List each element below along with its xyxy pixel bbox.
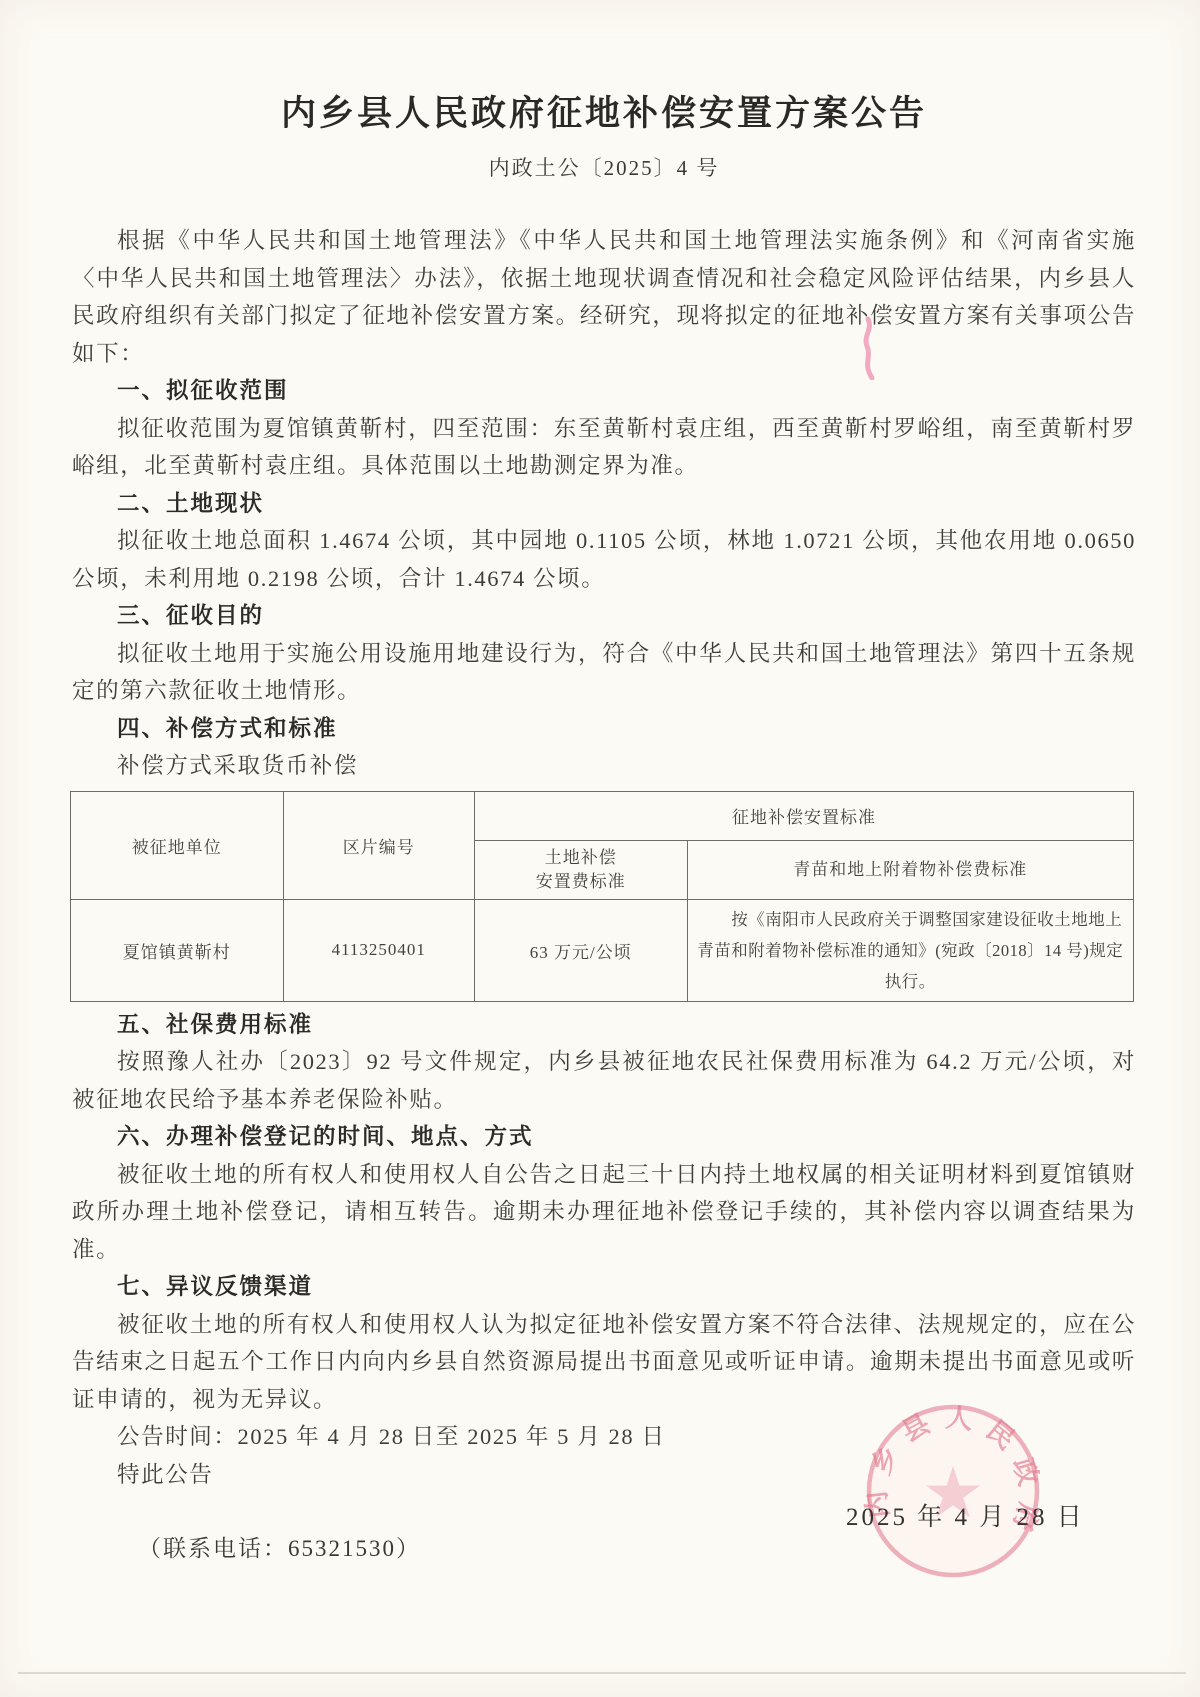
cell-unit: 夏馆镇黄靳村 bbox=[71, 899, 284, 1001]
col-header-standard-group: 征地补偿安置标准 bbox=[474, 791, 1133, 840]
section-1-heading: 一、拟征收范围 bbox=[72, 372, 1136, 410]
page-title: 内乡县人民政府征地补偿安置方案公告 bbox=[72, 86, 1136, 136]
issue-date: 2025 年 4 月 28 日 bbox=[846, 1497, 1085, 1533]
section-4-heading: 四、补偿方式和标准 bbox=[72, 710, 1136, 748]
table-row: 夏馆镇黄靳村 4113250401 63 万元/公顷 按《南阳市人民政府关于调整… bbox=[71, 899, 1134, 1001]
section-3-body: 拟征收土地用于实施公用设施用地建设行为，符合《中华人民共和国土地管理法》第四十五… bbox=[72, 635, 1136, 710]
announcement-page: 内乡县人民政府征地补偿安置方案公告 内政土公〔2025〕4 号 根据《中华人民共… bbox=[0, 0, 1200, 1697]
col-header-unit: 被征地单位 bbox=[71, 791, 284, 899]
section-2-body: 拟征收土地总面积 1.4674 公顷，其中园地 0.1105 公顷，林地 1.0… bbox=[72, 522, 1136, 597]
red-pen-mark-icon bbox=[856, 316, 882, 380]
cell-land-standard: 63 万元/公顷 bbox=[474, 899, 687, 1001]
intro-paragraph: 根据《中华人民共和国土地管理法》《中华人民共和国土地管理法实施条例》和《河南省实… bbox=[72, 222, 1136, 372]
compensation-table: 被征地单位 区片编号 征地补偿安置标准 土地补偿 安置费标准 青苗和地上附着物补… bbox=[70, 791, 1134, 1002]
col-header-land-line1: 土地补偿 bbox=[545, 848, 617, 867]
col-header-block: 区片编号 bbox=[283, 791, 474, 899]
cell-block-number: 4113250401 bbox=[283, 899, 474, 1001]
section-5-body: 按照豫人社办〔2023〕92 号文件规定，内乡县被征地农民社保费用标准为 64.… bbox=[72, 1043, 1136, 1118]
contact-phone: （联系电话：65321530） bbox=[138, 1530, 421, 1563]
section-6-body: 被征收土地的所有权人和使用权人自公告之日起三十日内持土地权属的相关证明材料到夏馆… bbox=[72, 1156, 1136, 1269]
section-2-heading: 二、土地现状 bbox=[72, 485, 1136, 523]
col-header-land-standard: 土地补偿 安置费标准 bbox=[474, 840, 687, 899]
document-content: 内乡县人民政府征地补偿安置方案公告 内政土公〔2025〕4 号 根据《中华人民共… bbox=[0, 0, 1200, 1493]
section-5-heading: 五、社保费用标准 bbox=[72, 1006, 1136, 1044]
col-header-land-line2: 安置费标准 bbox=[536, 872, 626, 891]
table-header-row-1: 被征地单位 区片编号 征地补偿安置标准 bbox=[71, 791, 1134, 840]
section-6-heading: 六、办理补偿登记的时间、地点、方式 bbox=[72, 1118, 1136, 1156]
section-3-heading: 三、征收目的 bbox=[72, 597, 1136, 635]
section-4-body: 补偿方式采取货币补偿 bbox=[72, 747, 1136, 785]
document-number: 内政土公〔2025〕4 号 bbox=[72, 152, 1136, 182]
cell-green-standard: 按《南阳市人民政府关于调整国家建设征收土地地上青苗和附着物补偿标准的通知》(宛政… bbox=[687, 899, 1133, 1001]
section-7-heading: 七、异议反馈渠道 bbox=[72, 1268, 1136, 1306]
government-seal-stamp: 内乡县人民政府 bbox=[862, 1400, 1044, 1582]
scan-edge-shadow bbox=[18, 1672, 1186, 1674]
section-1-body: 拟征收范围为夏馆镇黄靳村，四至范围：东至黄靳村袁庄组，西至黄靳村罗峪组，南至黄靳… bbox=[72, 410, 1136, 485]
col-header-green-standard: 青苗和地上附着物补偿费标准 bbox=[687, 840, 1133, 899]
